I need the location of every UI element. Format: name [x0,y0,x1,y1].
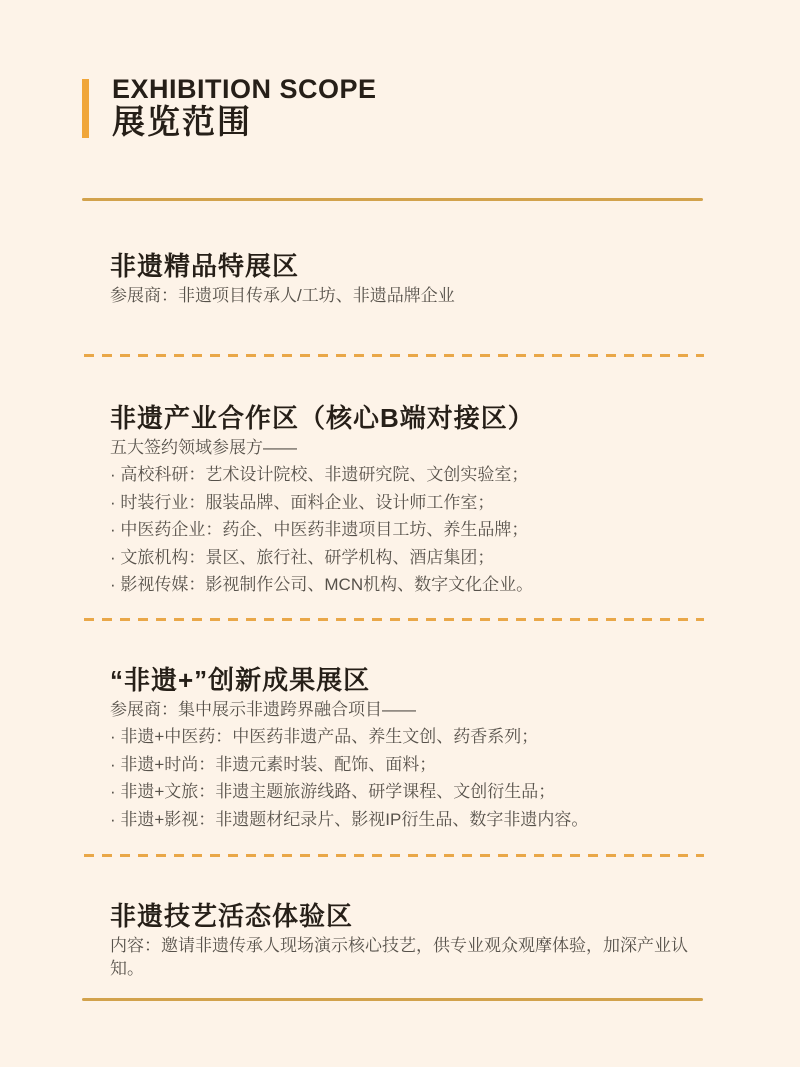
header-text: EXHIBITION SCOPE 展览范围 [112,75,377,140]
dashed-divider [84,354,704,357]
section-title: 非遗精品特展区 [110,248,720,284]
list-item: · 中医药企业：药企、中医药非遗项目工坊、养生品牌； [110,516,720,544]
section-title: 非遗产业合作区（核心B端对接区） [110,400,720,436]
list-item: · 非遗+文旅：非遗主题旅游线路、研学课程、文创衍生品； [110,778,720,806]
section-lead: 五大签约领域参展方—— [110,436,720,459]
list-item: · 文旅机构：景区、旅行社、研学机构、酒店集团； [110,544,720,572]
list-item: · 影视传媒：影视制作公司、MCN机构、数字文化企业。 [110,571,720,599]
section-industry-cooperation-zone: 非遗产业合作区（核心B端对接区） 五大签约领域参展方—— · 高校科研：艺术设计… [110,400,720,599]
accent-bar [82,79,89,138]
dashed-divider [84,618,704,621]
section-title: 非遗技艺活态体验区 [110,898,720,934]
list-item: · 非遗+影视：非遗题材纪录片、影视IP衍生品、数字非遗内容。 [110,806,720,834]
bottom-rule [82,998,703,1001]
section-lead: 参展商：集中展示非遗跨界融合项目—— [110,698,720,721]
section-lead: 参展商：非遗项目传承人/工坊、非遗品牌企业 [110,284,720,307]
section-item-list: · 非遗+中医药：中医药非遗产品、养生文创、药香系列； · 非遗+时尚：非遗元素… [110,723,720,833]
list-item: · 非遗+中医药：中医药非遗产品、养生文创、药香系列； [110,723,720,751]
section-lead: 内容：邀请非遗传承人现场演示核心技艺，供专业观众观摩体验，加深产业认知。 [110,934,720,980]
page-title-en: EXHIBITION SCOPE [112,75,377,104]
section-boutique-zone: 非遗精品特展区 参展商：非遗项目传承人/工坊、非遗品牌企业 [110,248,720,307]
page-header: EXHIBITION SCOPE 展览范围 [82,75,377,140]
list-item: · 时装行业：服装品牌、面料企业、设计师工作室； [110,489,720,517]
list-item: · 非遗+时尚：非遗元素时装、配饰、面料； [110,751,720,779]
dashed-divider [84,854,704,857]
page-title-zh: 展览范围 [112,104,377,140]
list-item: · 高校科研：艺术设计院校、非遗研究院、文创实验室； [110,461,720,489]
top-rule [82,198,703,201]
section-innovation-achievements-zone: “非遗+”创新成果展区 参展商：集中展示非遗跨界融合项目—— · 非遗+中医药：… [110,662,720,833]
section-title: “非遗+”创新成果展区 [110,662,720,698]
exhibition-scope-page: EXHIBITION SCOPE 展览范围 非遗精品特展区 参展商：非遗项目传承… [0,0,800,1067]
section-item-list: · 高校科研：艺术设计院校、非遗研究院、文创实验室； · 时装行业：服装品牌、面… [110,461,720,599]
section-live-experience-zone: 非遗技艺活态体验区 内容：邀请非遗传承人现场演示核心技艺，供专业观众观摩体验，加… [110,898,720,980]
